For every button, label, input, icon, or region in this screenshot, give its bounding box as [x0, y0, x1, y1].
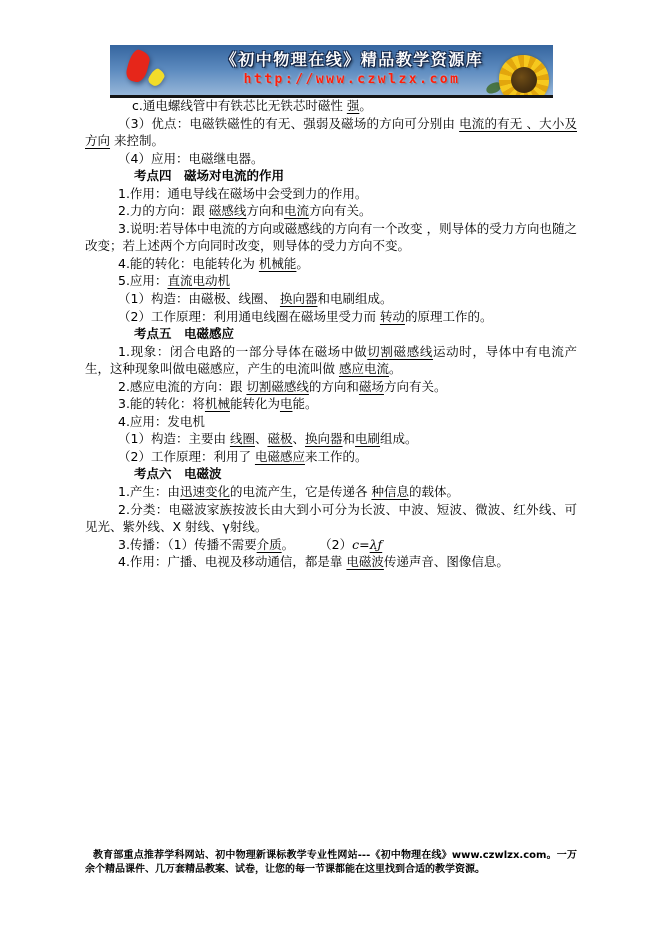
text-run: 方向有关。 — [384, 379, 447, 394]
text-run: 1.产生：由 — [118, 484, 180, 499]
paragraph: 4.应用：发电机 — [85, 413, 577, 431]
text-run: 2.感应电流的方向：跟 — [118, 379, 246, 394]
paragraph: （4）应用：电磁继电器。 — [85, 150, 577, 168]
text-run: 磁感线 — [209, 203, 247, 218]
paragraph: 5.应用：直流电动机 — [85, 272, 577, 290]
text-run: 1.作用：通电导线在磁场中会受到力的作用。 — [118, 186, 367, 201]
text-run: 和电刷组成。 — [317, 291, 392, 306]
paragraph: 3.能的转化：将机械能转化为电能。 — [85, 395, 577, 413]
text-run: λƒ — [370, 537, 383, 552]
text-run: 2.分类：电磁波家族按波长由大到小可分为长波、中波、短波、微波、红外线、可见光、… — [85, 502, 577, 535]
paragraph: （1）构造：主要由 线圈、磁极、换向器和电刷组成。 — [85, 430, 577, 448]
paragraph: （3）优点：电磁铁磁性的有无、强弱及磁场的方向可分别由 电流的有无 、大小及方向… — [85, 115, 577, 150]
text-run: 考点六 电磁波 — [134, 466, 222, 481]
paragraph: 2.分类：电磁波家族按波长由大到小可分为长波、中波、短波、微波、红外线、可见光、… — [85, 501, 577, 536]
text-run: 3.传播：（1）传播不需要 — [118, 537, 257, 552]
text-run: 4.能的转化：电能转化为 — [118, 256, 259, 271]
text-run: 组成。 — [380, 431, 418, 446]
text-run: 4.作用：广播、电视及移动通信，都是靠 — [118, 554, 346, 569]
sunflower-center — [511, 67, 537, 93]
text-run: 来工作的。 — [305, 449, 368, 464]
site-banner: 《初中物理在线》精品教学资源库 http://www.czwlzx.com — [110, 45, 553, 98]
paragraph: 2.力的方向：跟 磁感线方向和电流方向有关。 — [85, 202, 577, 220]
text-run: 磁场 — [359, 379, 384, 394]
text-run: （4）应用：电磁继电器。 — [118, 151, 263, 166]
text-run: 考点四 磁场对电流的作用 — [134, 168, 284, 183]
text-run: 。 — [389, 361, 402, 376]
text-run: 机械能 — [259, 256, 297, 271]
text-run: 。 — [359, 98, 372, 113]
text-run: 传递声音、图像信息。 — [384, 554, 509, 569]
section-heading: 考点五 电磁感应 — [85, 325, 577, 343]
text-run: 。 （2） — [282, 537, 352, 552]
paragraph: 1.现象：闭合电路的一部分导体在磁场中做切割磁感线运动时，导体中有电流产生，这种… — [85, 343, 577, 378]
text-run: 转动 — [380, 309, 405, 324]
text-run: 迅速变化 — [180, 484, 230, 499]
text-run: 。 — [296, 256, 309, 271]
text-run: 3.能的转化：将 — [118, 396, 205, 411]
text-run: = — [359, 537, 369, 552]
text-run: 介质 — [257, 537, 282, 552]
text-run: （2）工作原理：利用了 — [118, 449, 255, 464]
text-run: 强 — [347, 98, 360, 113]
flame-logo-small-icon — [146, 67, 166, 88]
text-run: 直流电动机 — [167, 273, 230, 288]
text-run: （1）构造：主要由 — [118, 431, 230, 446]
footer-note: 教育部重点推荐学科网站、初中物理新课标教学专业性网站---《初中物理在线》www… — [85, 849, 577, 876]
text-run: 换向器 — [305, 431, 343, 446]
text-run: 电刷 — [355, 431, 380, 446]
paragraph: 1.产生：由迅速变化的电流产生，它是传递各 种信息的载体。 — [85, 483, 577, 501]
paragraph: 2.感应电流的方向：跟 切割磁感线的方向和磁场方向有关。 — [85, 378, 577, 396]
paragraph: （1）构造：由磁极、线圈、 换向器和电刷组成。 — [85, 290, 577, 308]
text-run: 来控制。 — [110, 133, 164, 148]
text-run: 换向器 — [280, 291, 318, 306]
text-run: 切割磁感线 — [246, 379, 309, 394]
sunflower-icon — [499, 55, 549, 98]
text-run: （3）优点：电磁铁磁性的有无、强弱及磁场的方向可分别由 — [118, 116, 459, 131]
text-run: 的方向和 — [309, 379, 359, 394]
paragraph: （2）工作原理：利用了 电磁感应来工作的。 — [85, 448, 577, 466]
text-run: （2）工作原理：利用通电线圈在磁场里受力而 — [118, 309, 380, 324]
banner-text-block: 《初中物理在线》精品教学资源库 http://www.czwlzx.com — [202, 50, 502, 88]
text-run: 感应电流 — [339, 361, 389, 376]
text-run: 电磁感应 — [255, 449, 305, 464]
text-run: 电磁波 — [346, 554, 384, 569]
document-body: c.通电螺线管中有铁芯比无铁芯时磁性 强。（3）优点：电磁铁磁性的有无、强弱及磁… — [85, 97, 577, 571]
text-run: 电流 — [284, 203, 309, 218]
text-run: 的载体。 — [409, 484, 459, 499]
text-run: 电 — [280, 396, 293, 411]
section-heading: 考点六 电磁波 — [85, 465, 577, 483]
text-run: 考点五 电磁感应 — [134, 326, 234, 341]
paragraph: c.通电螺线管中有铁芯比无铁芯时磁性 强。 — [85, 97, 577, 115]
paragraph: 3.说明:若导体中电流的方向或磁感线的方向有一个改变 ，则导体的受力方向也随之改… — [85, 220, 577, 255]
text-run: 3.说明:若导体中电流的方向或磁感线的方向有一个改变 ，则导体的受力方向也随之改… — [85, 221, 577, 254]
text-run: 方向有关。 — [309, 203, 372, 218]
text-run: 切割磁感线 — [367, 344, 433, 359]
text-run: 的电流产生，它是传递各 — [230, 484, 371, 499]
text-run: 能。 — [292, 396, 317, 411]
text-run: 、 — [255, 431, 268, 446]
section-heading: 考点四 磁场对电流的作用 — [85, 167, 577, 185]
site-title: 《初中物理在线》精品教学资源库 — [202, 50, 502, 70]
text-run: c.通电螺线管中有铁芯比无铁芯时磁性 — [132, 98, 347, 113]
text-run: 、 — [292, 431, 305, 446]
text-run: 的原理工作的。 — [405, 309, 493, 324]
paragraph: 4.能的转化：电能转化为 机械能。 — [85, 255, 577, 273]
paragraph: （2）工作原理：利用通电线圈在磁场里受力而 转动的原理工作的。 — [85, 308, 577, 326]
text-run: 和 — [343, 431, 356, 446]
text-run: 方向和 — [246, 203, 284, 218]
text-run: （1）构造：由磁极、线圈、 — [118, 291, 280, 306]
text-run: 线圈 — [230, 431, 255, 446]
text-run: 1.现象：闭合电路的一部分导体在磁场中做 — [118, 344, 367, 359]
paragraph: 1.作用：通电导线在磁场中会受到力的作用。 — [85, 185, 577, 203]
text-run: 磁极 — [267, 431, 292, 446]
text-run: 5.应用： — [118, 273, 167, 288]
text-run: 2.力的方向：跟 — [118, 203, 209, 218]
text-run: 机械 — [205, 396, 230, 411]
text-run: 4.应用：发电机 — [118, 414, 205, 429]
text-run: 能转化为 — [230, 396, 280, 411]
paragraph: 3.传播：（1）传播不需要介质。 （2）c=λƒ — [85, 536, 577, 554]
text-run: 种信息 — [371, 484, 409, 499]
site-url: http://www.czwlzx.com — [202, 72, 502, 88]
paragraph: 4.作用：广播、电视及移动通信，都是靠 电磁波传递声音、图像信息。 — [85, 553, 577, 571]
